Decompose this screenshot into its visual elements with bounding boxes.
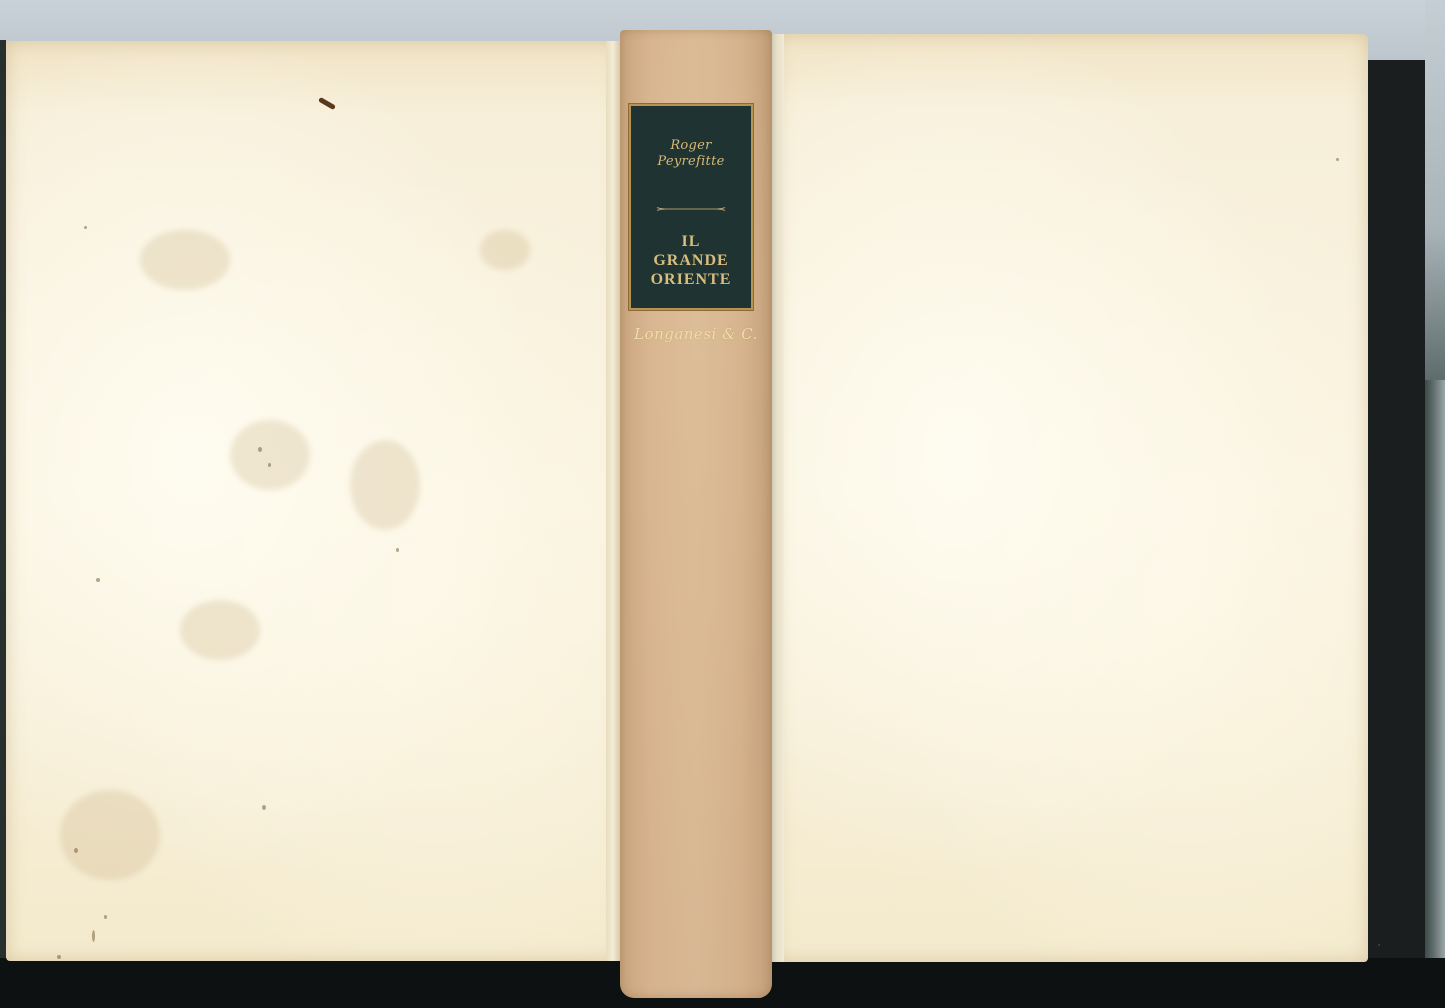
- foxing-spot: [92, 930, 95, 942]
- spine-label: Roger Peyrefitte IL GRANDE ORIENTE: [629, 104, 753, 310]
- foxing-spot: [262, 805, 266, 810]
- scan-background-right-top: [1425, 0, 1445, 380]
- foxing-spot: [57, 955, 61, 959]
- scan-background-right: [1425, 380, 1445, 1008]
- stain: [60, 790, 160, 880]
- foxing-spot: [258, 447, 262, 452]
- stain: [350, 440, 420, 530]
- title-line-2: GRANDE: [631, 251, 751, 270]
- front-cover: [776, 34, 1368, 962]
- front-hinge: [770, 34, 784, 962]
- foxing-spot: [84, 226, 87, 229]
- stain: [140, 230, 230, 290]
- foxing-spot: [268, 463, 271, 467]
- rule-ornament-icon: [655, 207, 727, 211]
- foxing-spot: [1336, 158, 1339, 161]
- author-name: Roger Peyrefitte: [631, 138, 751, 170]
- stain: [480, 230, 530, 270]
- foxing-spot: [74, 848, 78, 853]
- stain: [230, 420, 310, 490]
- title-line-1: IL: [631, 232, 751, 251]
- foxing-spot: [104, 915, 107, 919]
- stain: [180, 600, 260, 660]
- book-title: IL GRANDE ORIENTE: [631, 232, 751, 289]
- foxing-spot: [396, 548, 399, 552]
- foxing-spot: [96, 578, 100, 582]
- title-line-3: ORIENTE: [631, 270, 751, 289]
- back-hinge: [606, 41, 620, 961]
- foxing-spot: [1378, 944, 1380, 946]
- publisher-imprint: Longanesi & C.: [620, 325, 772, 343]
- author-last-name: Peyrefitte: [631, 154, 751, 170]
- author-first-name: Roger: [631, 138, 751, 154]
